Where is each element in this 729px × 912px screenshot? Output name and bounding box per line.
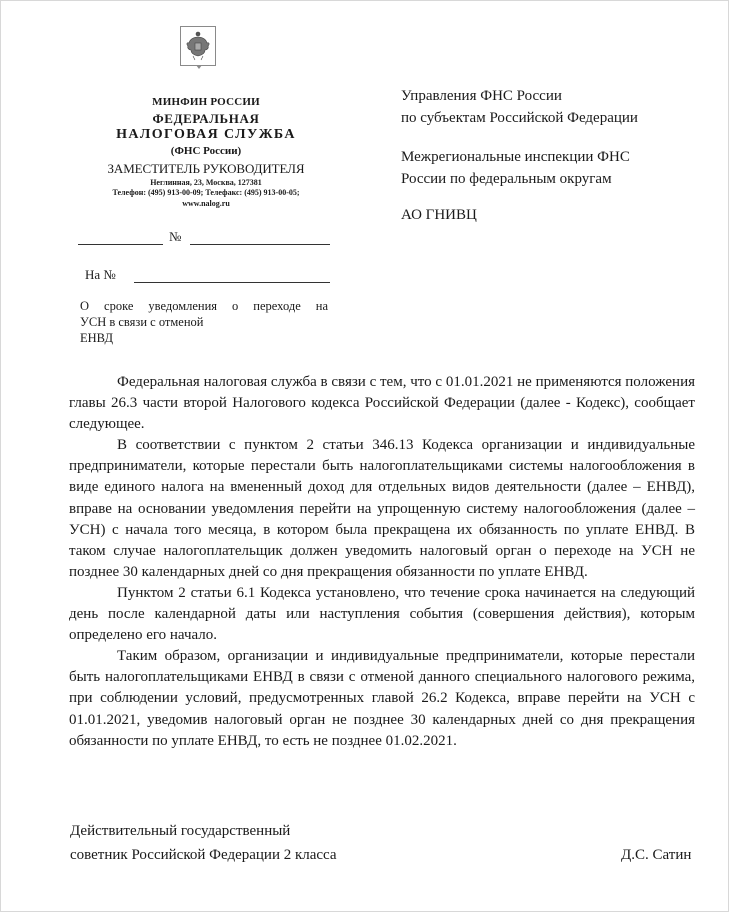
signatory-name: Д.С. Сатин bbox=[621, 843, 691, 867]
reply-to-label: На № bbox=[85, 267, 116, 283]
signatory-title-line: Действительный государственный bbox=[70, 819, 337, 843]
ministry-name: МИНФИН РОССИИ bbox=[61, 96, 351, 108]
body-paragraph: Таким образом, организации и индивидуаль… bbox=[69, 646, 695, 751]
date-line bbox=[78, 244, 163, 245]
sender-website: www.nalog.ru bbox=[61, 199, 351, 208]
emblem-tip bbox=[196, 65, 202, 69]
coat-of-arms-icon bbox=[180, 26, 216, 66]
agency-abbreviation: (ФНС России) bbox=[61, 145, 351, 157]
letter-body: Федеральная налоговая служба в связи с т… bbox=[69, 372, 695, 752]
signatory-title-line: советник Российской Федерации 2 класса bbox=[70, 843, 337, 867]
letter-subject: О сроке уведомления о переходе на УСН в … bbox=[80, 298, 328, 346]
recipient-line: Управления ФНС России bbox=[401, 85, 638, 107]
agency-name-line1: ФЕДЕРАЛЬНАЯ bbox=[61, 111, 351, 127]
recipient-line: России по федеральным округам bbox=[401, 168, 630, 190]
subject-line: О сроке уведомления о переходе на bbox=[80, 298, 328, 314]
subject-line: УСН в связи с отменой bbox=[80, 314, 328, 330]
signatory-title: Действительный государственный советник … bbox=[70, 819, 337, 867]
sender-address: Неглинная, 23, Москва, 127381 bbox=[61, 178, 351, 187]
recipient-block: АО ГНИВЦ bbox=[401, 204, 477, 226]
number-line bbox=[190, 244, 330, 245]
body-paragraph: Пунктом 2 статьи 6.1 Кодекса установлено… bbox=[69, 583, 695, 646]
letter-page: МИНФИН РОССИИ ФЕДЕРАЛЬНАЯ НАЛОГОВАЯ СЛУЖ… bbox=[0, 0, 729, 912]
recipient-block: Межрегиональные инспекции ФНС России по … bbox=[401, 146, 630, 190]
sender-position: ЗАМЕСТИТЕЛЬ РУКОВОДИТЕЛЯ bbox=[61, 161, 351, 177]
reply-number-line bbox=[134, 282, 330, 283]
recipient-line: Межрегиональные инспекции ФНС bbox=[401, 146, 630, 168]
subject-line: ЕНВД bbox=[80, 330, 328, 346]
agency-name-line2: НАЛОГОВАЯ СЛУЖБА bbox=[61, 127, 351, 143]
sender-phones: Телефон: (495) 913-00-09; Телефакс: (495… bbox=[61, 188, 351, 197]
body-paragraph: Федеральная налоговая служба в связи с т… bbox=[69, 372, 695, 435]
recipient-line: АО ГНИВЦ bbox=[401, 204, 477, 226]
recipient-line: по субъектам Российской Федерации bbox=[401, 107, 638, 129]
body-paragraph: В соответствии с пунктом 2 статьи 346.13… bbox=[69, 435, 695, 583]
recipient-block: Управления ФНС России по субъектам Росси… bbox=[401, 85, 638, 129]
number-sign: № bbox=[169, 229, 181, 245]
